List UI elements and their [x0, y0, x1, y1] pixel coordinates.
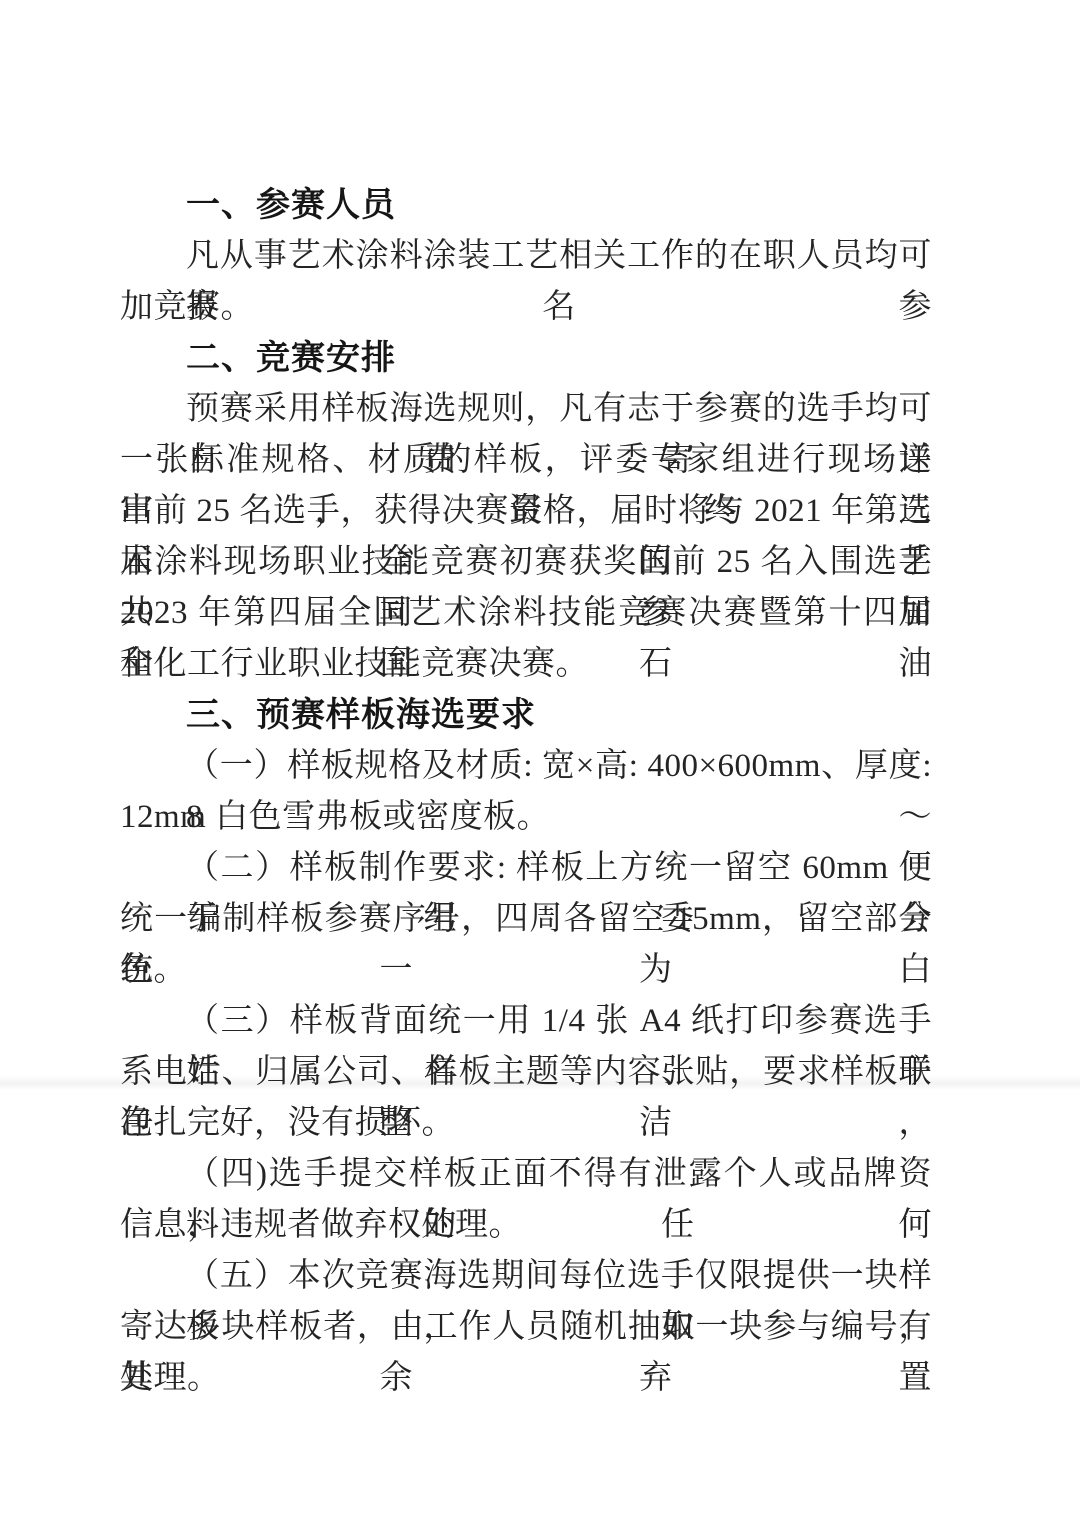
section-heading: 二、竞赛安排	[120, 333, 932, 384]
text-line: （四)选手提交样板正面不得有泄露个人或品牌资料的任何	[120, 1149, 932, 1200]
text-line: 出前 25 名选手，获得决赛资格，届时将与 2021 年第三届全国艺	[120, 486, 932, 537]
text-line: （二）样板制作要求: 样板上方统一留空 60mm 便于组委会	[120, 843, 932, 894]
document-page: 一、参赛人员凡从事艺术涂料涂装工艺相关工作的在职人员均可报名参加竞赛。二、竞赛安…	[0, 0, 1080, 1527]
text-line: 一张标准规格、材质的样板，评委专家组进行现场评审，最终选	[120, 435, 932, 486]
text-line: （五）本次竞赛海选期间每位选手仅限提供一块样板，如有	[120, 1251, 932, 1302]
section-heading: 三、预赛样板海选要求	[120, 690, 932, 741]
text-line: 预赛采用样板海选规则，凡有志于参赛的选手均可自费寄送	[120, 384, 932, 435]
document-text-block: 一、参赛人员凡从事艺术涂料涂装工艺相关工作的在职人员均可报名参加竞赛。二、竞赛安…	[120, 180, 932, 1404]
text-line: 术涂料现场职业技能竞赛初赛获奖的前 25 名入围选手共同参加	[120, 537, 932, 588]
text-line: 系电话、归属公司、样板主题等内容张贴，要求样板干净整洁，	[120, 1047, 932, 1098]
text-line: 寄达多块样板者，由工作人员随机抽取一块参与编号，其余弃置	[120, 1302, 932, 1353]
text-line: （一）样板规格及材质: 宽×高: 400×600mm、厚度: 8～	[120, 741, 932, 792]
text-line: 2023 年第四届全国艺术涂料技能竞赛决赛暨第十四届全国石油	[120, 588, 932, 639]
text-line: 凡从事艺术涂料涂装工艺相关工作的在职人员均可报名参	[120, 231, 932, 282]
section-heading: 一、参赛人员	[120, 180, 932, 231]
text-line: 统一编制样板参赛序号，四周各留空 15mm，留空部分统一为白	[120, 894, 932, 945]
text-line: （三）样板背面统一用 1/4 张 A4 纸打印参赛选手姓名、联	[120, 996, 932, 1047]
